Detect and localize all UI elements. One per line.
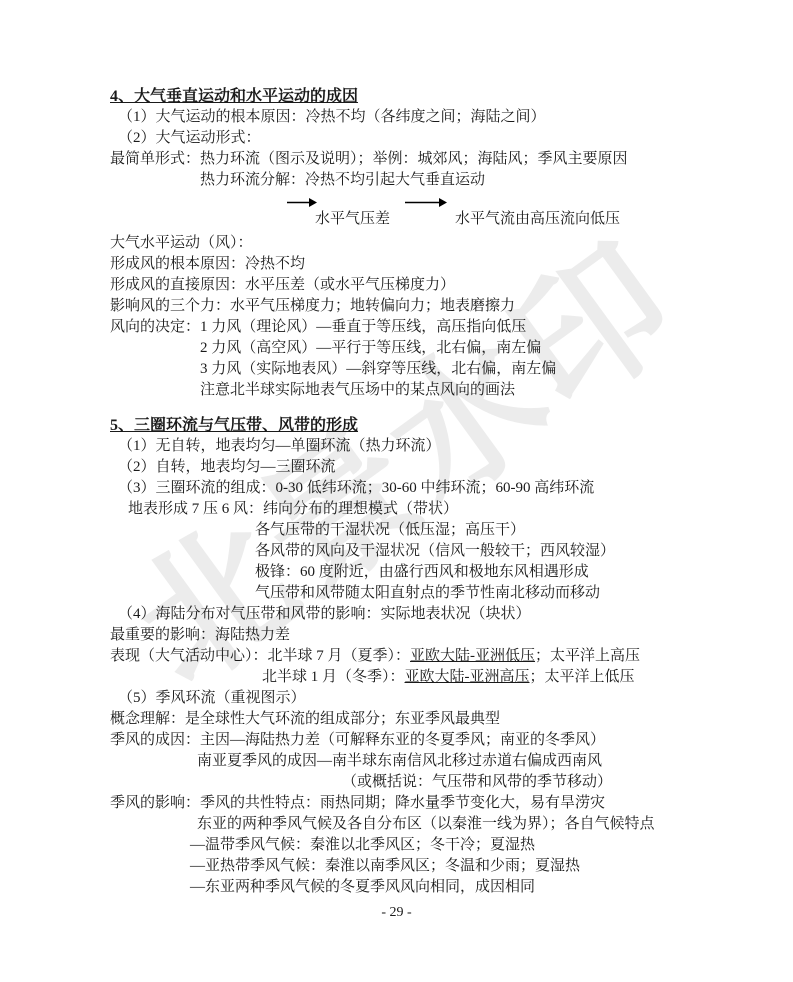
text-line: 最简单形式：热力环流（图示及说明）；举例：城郊风；海陆风；季风主要原因 <box>110 149 793 170</box>
text-segment: 形成风的直接原因：水平压差（或水平气压梯度力） <box>110 277 455 293</box>
text-line: 最重要的影响：海陆热力差 <box>110 625 793 646</box>
text-segment: 概念理解：是全球性大气环流的组成部分；东亚季风最典型 <box>110 711 500 727</box>
text-segment: 各风带的风向及干湿状况（信风一般较干；西风较湿） <box>255 543 615 559</box>
text-segment: （1）无自转，地表均匀—单圈环流（热力环流） <box>118 438 441 454</box>
text-line: 概念理解：是全球性大气环流的组成部分；东亚季风最典型 <box>110 709 793 730</box>
text-line: —亚热带季风气候：秦淮以南季风区；冬温和少雨；夏湿热 <box>190 856 793 877</box>
text-segment: —东亚两种季风气候的冬夏季风风向相同，成因相同 <box>190 879 535 895</box>
text-line: （5）季风环流（重视图示） <box>118 688 793 709</box>
text-segment: （4）海陆分布对气压带和风带的影响：实际地表状况（块状） <box>118 606 531 622</box>
text-segment: （3）三圈环流的组成：0-30 低纬环流；30-60 中纬环流；60-90 高纬… <box>118 480 594 496</box>
text-line: 2 力风（高空风）—平行于等压线，北右偏，南左偏 <box>200 338 793 359</box>
text-line: 大气水平运动（风）： <box>110 233 793 254</box>
text-segment: 季风的成因：主因—海陆热力差（可解释东亚的冬夏季风；南亚的冬季风） <box>110 732 605 748</box>
text-segment: （1）大气运动的根本原因：冷热不均（各纬度之间；海陆之间） <box>118 109 546 125</box>
text-segment: 大气水平运动（风）： <box>110 235 253 251</box>
text-line: （4）海陆分布对气压带和风带的影响：实际地表状况（块状） <box>118 604 793 625</box>
text-line: 表现（大气活动中心）：北半球 7 月（夏季）：亚欧大陆-亚洲低压；太平洋上高压 <box>110 646 793 667</box>
text-line: —东亚两种季风气候的冬夏季风风向相同，成因相同 <box>190 877 793 898</box>
diagram-label: 水平气压差 <box>315 209 390 230</box>
text-line: 注意北半球实际地表气压场中的某点风向的画法 <box>200 380 793 401</box>
text-line: 影响风的三个力：水平气压梯度力；地转偏向力；地表磨擦力 <box>110 296 793 317</box>
text-line: （2）自转，地表均匀—三圈环流 <box>118 457 793 478</box>
text-segment: —温带季风气候：秦淮以北季风区；冬干冷；夏湿热 <box>190 837 535 853</box>
text-segment: 北半球 1 月（冬季）： <box>262 669 405 685</box>
text-segment: 最简单形式：热力环流（图示及说明）；举例：城郊风；海陆风；季风主要原因 <box>110 151 628 167</box>
text-segment: 注意北半球实际地表气压场中的某点风向的画法 <box>200 382 515 398</box>
text-segment: 影响风的三个力：水平气压梯度力；地转偏向力；地表磨擦力 <box>110 298 515 314</box>
text-segment: 各气压带的干湿状况（低压湿；高压干） <box>255 522 525 538</box>
text-segment: 地表形成 7 压 6 风：纬向分布的理想模式（带状） <box>128 501 458 517</box>
text-line: —温带季风气候：秦淮以北季风区；冬干冷；夏湿热 <box>190 835 793 856</box>
underlined-text: 亚欧大陆-亚洲低压 <box>410 648 535 664</box>
text-line: 3 力风（实际地表风）—斜穿等压线，北右偏，南左偏 <box>200 359 793 380</box>
text-segment: 东亚的两种季风气候及各自分布区（以秦淮一线为界）；各自气候特点 <box>197 816 655 832</box>
text-segment: 热力环流分解：冷热不均引起大气垂直运动 <box>200 172 485 188</box>
text-line: 地表形成 7 压 6 风：纬向分布的理想模式（带状） <box>128 499 793 520</box>
text-segment: 形成风的根本原因：冷热不均 <box>110 256 305 272</box>
text-line: （1）大气运动的根本原因：冷热不均（各纬度之间；海陆之间） <box>118 107 793 128</box>
text-segment: ；太平洋上高压 <box>535 648 640 664</box>
underlined-text: 亚欧大陆-亚洲高压 <box>405 669 530 685</box>
text-line: 形成风的根本原因：冷热不均 <box>110 254 793 275</box>
section: 4、大气垂直运动和水平运动的成因（1）大气运动的根本原因：冷热不均（各纬度之间；… <box>0 86 793 401</box>
document-content: 4、大气垂直运动和水平运动的成因（1）大气运动的根本原因：冷热不均（各纬度之间；… <box>0 86 793 898</box>
text-line: 热力环流分解：冷热不均引起大气垂直运动 <box>200 170 793 191</box>
text-segment: 表现（大气活动中心）：北半球 7 月（夏季）： <box>110 648 410 664</box>
text-line: （1）无自转，地表均匀—单圈环流（热力环流） <box>118 436 793 457</box>
diagram-label: 水平气流由高压流向低压 <box>455 209 620 230</box>
text-line: 季风的影响：季风的共性特点：雨热同期；降水量季节变化大，易有旱涝灾 <box>110 793 793 814</box>
document-page: 北景水印 4、大气垂直运动和水平运动的成因（1）大气运动的根本原因：冷热不均（各… <box>0 0 793 982</box>
section-heading: 4、大气垂直运动和水平运动的成因 <box>110 86 793 107</box>
right-arrow-icon <box>405 198 447 207</box>
text-segment: 南亚夏季风的成因—南半球东南信风北移过赤道右偏成西南风 <box>197 753 602 769</box>
page-number: - 29 - <box>0 903 793 923</box>
right-arrow-icon <box>287 198 317 207</box>
text-segment: （5）季风环流（重视图示） <box>118 690 306 706</box>
text-line: 各气压带的干湿状况（低压湿；高压干） <box>255 520 793 541</box>
text-segment: 2 力风（高空风）—平行于等压线，北右偏，南左偏 <box>200 340 541 356</box>
text-line: 季风的成因：主因—海陆热力差（可解释东亚的冬夏季风；南亚的冬季风） <box>110 730 793 751</box>
text-line: 南亚夏季风的成因—南半球东南信风北移过赤道右偏成西南风 <box>197 751 793 772</box>
pressure-flow-diagram: 水平气压差水平气流由高压流向低压 <box>0 191 793 233</box>
text-segment: （或概括说：气压带和风带的季节移动） <box>342 774 612 790</box>
text-segment: （2）大气运动形式： <box>118 130 261 146</box>
text-segment: 3 力风（实际地表风）—斜穿等压线，北右偏，南左偏 <box>200 361 556 377</box>
text-segment: 气压带和风带随太阳直射点的季节性南北移动而移动 <box>255 585 600 601</box>
text-line: （或概括说：气压带和风带的季节移动） <box>342 772 793 793</box>
text-segment: —亚热带季风气候：秦淮以南季风区；冬温和少雨；夏湿热 <box>190 858 580 874</box>
text-segment: 最重要的影响：海陆热力差 <box>110 627 290 643</box>
text-line: 形成风的直接原因：水平压差（或水平气压梯度力） <box>110 275 793 296</box>
text-line: 各风带的风向及干湿状况（信风一般较干；西风较湿） <box>255 541 793 562</box>
text-segment: 极锋：60 度附近，由盛行西风和极地东风相遇形成 <box>255 564 589 580</box>
text-line: 东亚的两种季风气候及各自分布区（以秦淮一线为界）；各自气候特点 <box>197 814 793 835</box>
text-segment: 风向的决定：1 力风（理论风）—垂直于等压线，高压指向低压 <box>110 319 526 335</box>
text-line: 北半球 1 月（冬季）：亚欧大陆-亚洲高压；太平洋上低压 <box>262 667 793 688</box>
text-line: 气压带和风带随太阳直射点的季节性南北移动而移动 <box>255 583 793 604</box>
text-line: （2）大气运动形式： <box>118 128 793 149</box>
section-heading: 5、三圈环流与气压带、风带的形成 <box>110 415 793 436</box>
text-segment: 季风的影响：季风的共性特点：雨热同期；降水量季节变化大，易有旱涝灾 <box>110 795 605 811</box>
text-segment: ；太平洋上低压 <box>530 669 635 685</box>
text-line: （3）三圈环流的组成：0-30 低纬环流；30-60 中纬环流；60-90 高纬… <box>118 478 793 499</box>
text-segment: （2）自转，地表均匀—三圈环流 <box>118 459 336 475</box>
section: 5、三圈环流与气压带、风带的形成（1）无自转，地表均匀—单圈环流（热力环流）（2… <box>0 415 793 898</box>
text-line: 极锋：60 度附近，由盛行西风和极地东风相遇形成 <box>255 562 793 583</box>
text-line: 风向的决定：1 力风（理论风）—垂直于等压线，高压指向低压 <box>110 317 793 338</box>
